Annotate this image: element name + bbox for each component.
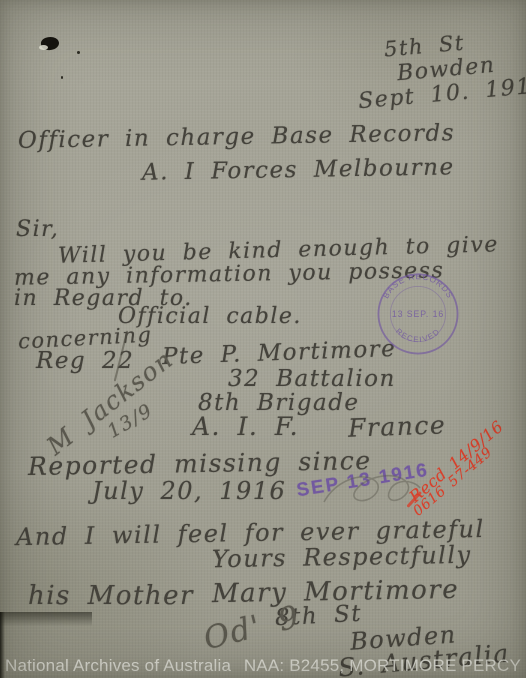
round-receiving-stamp: BASE RECORDS 13 SEP. 16 RECEIVED: [372, 268, 464, 360]
signature-prefix: his Mother: [28, 581, 194, 611]
paper-speck: [61, 76, 63, 79]
body-line7: July 20, 1916: [92, 477, 286, 505]
recipient-line1: Officer in charge Base Records: [18, 120, 455, 154]
round-stamp-date: 13 SEP. 16: [392, 309, 444, 319]
svg-text:RECEIVED: RECEIVED: [394, 327, 442, 345]
force: A. I. F.: [192, 412, 299, 441]
soldier-name: Pte P. Mortimore: [162, 336, 397, 370]
archive-footer: National Archives of Australia NAA: B245…: [0, 656, 526, 676]
archive-name: National Archives of Australia: [5, 656, 231, 676]
battalion: 32 Battalion: [228, 366, 396, 392]
round-stamp-bottom-text: RECEIVED: [394, 327, 442, 345]
archive-reference: NAA: B2455, MORTIMORE PERCY: [244, 656, 521, 676]
country: France: [348, 410, 447, 442]
salutation: Sir,: [16, 217, 59, 242]
valediction: Yours Respectfully: [212, 541, 472, 574]
recipient-line2: A. I Forces Melbourne: [142, 154, 455, 185]
scanned-letter-page: 5th St Bowden Sept 10. 1916 Officer in c…: [0, 0, 526, 678]
paper-speck: [77, 51, 80, 54]
paper-glint: [39, 45, 48, 50]
